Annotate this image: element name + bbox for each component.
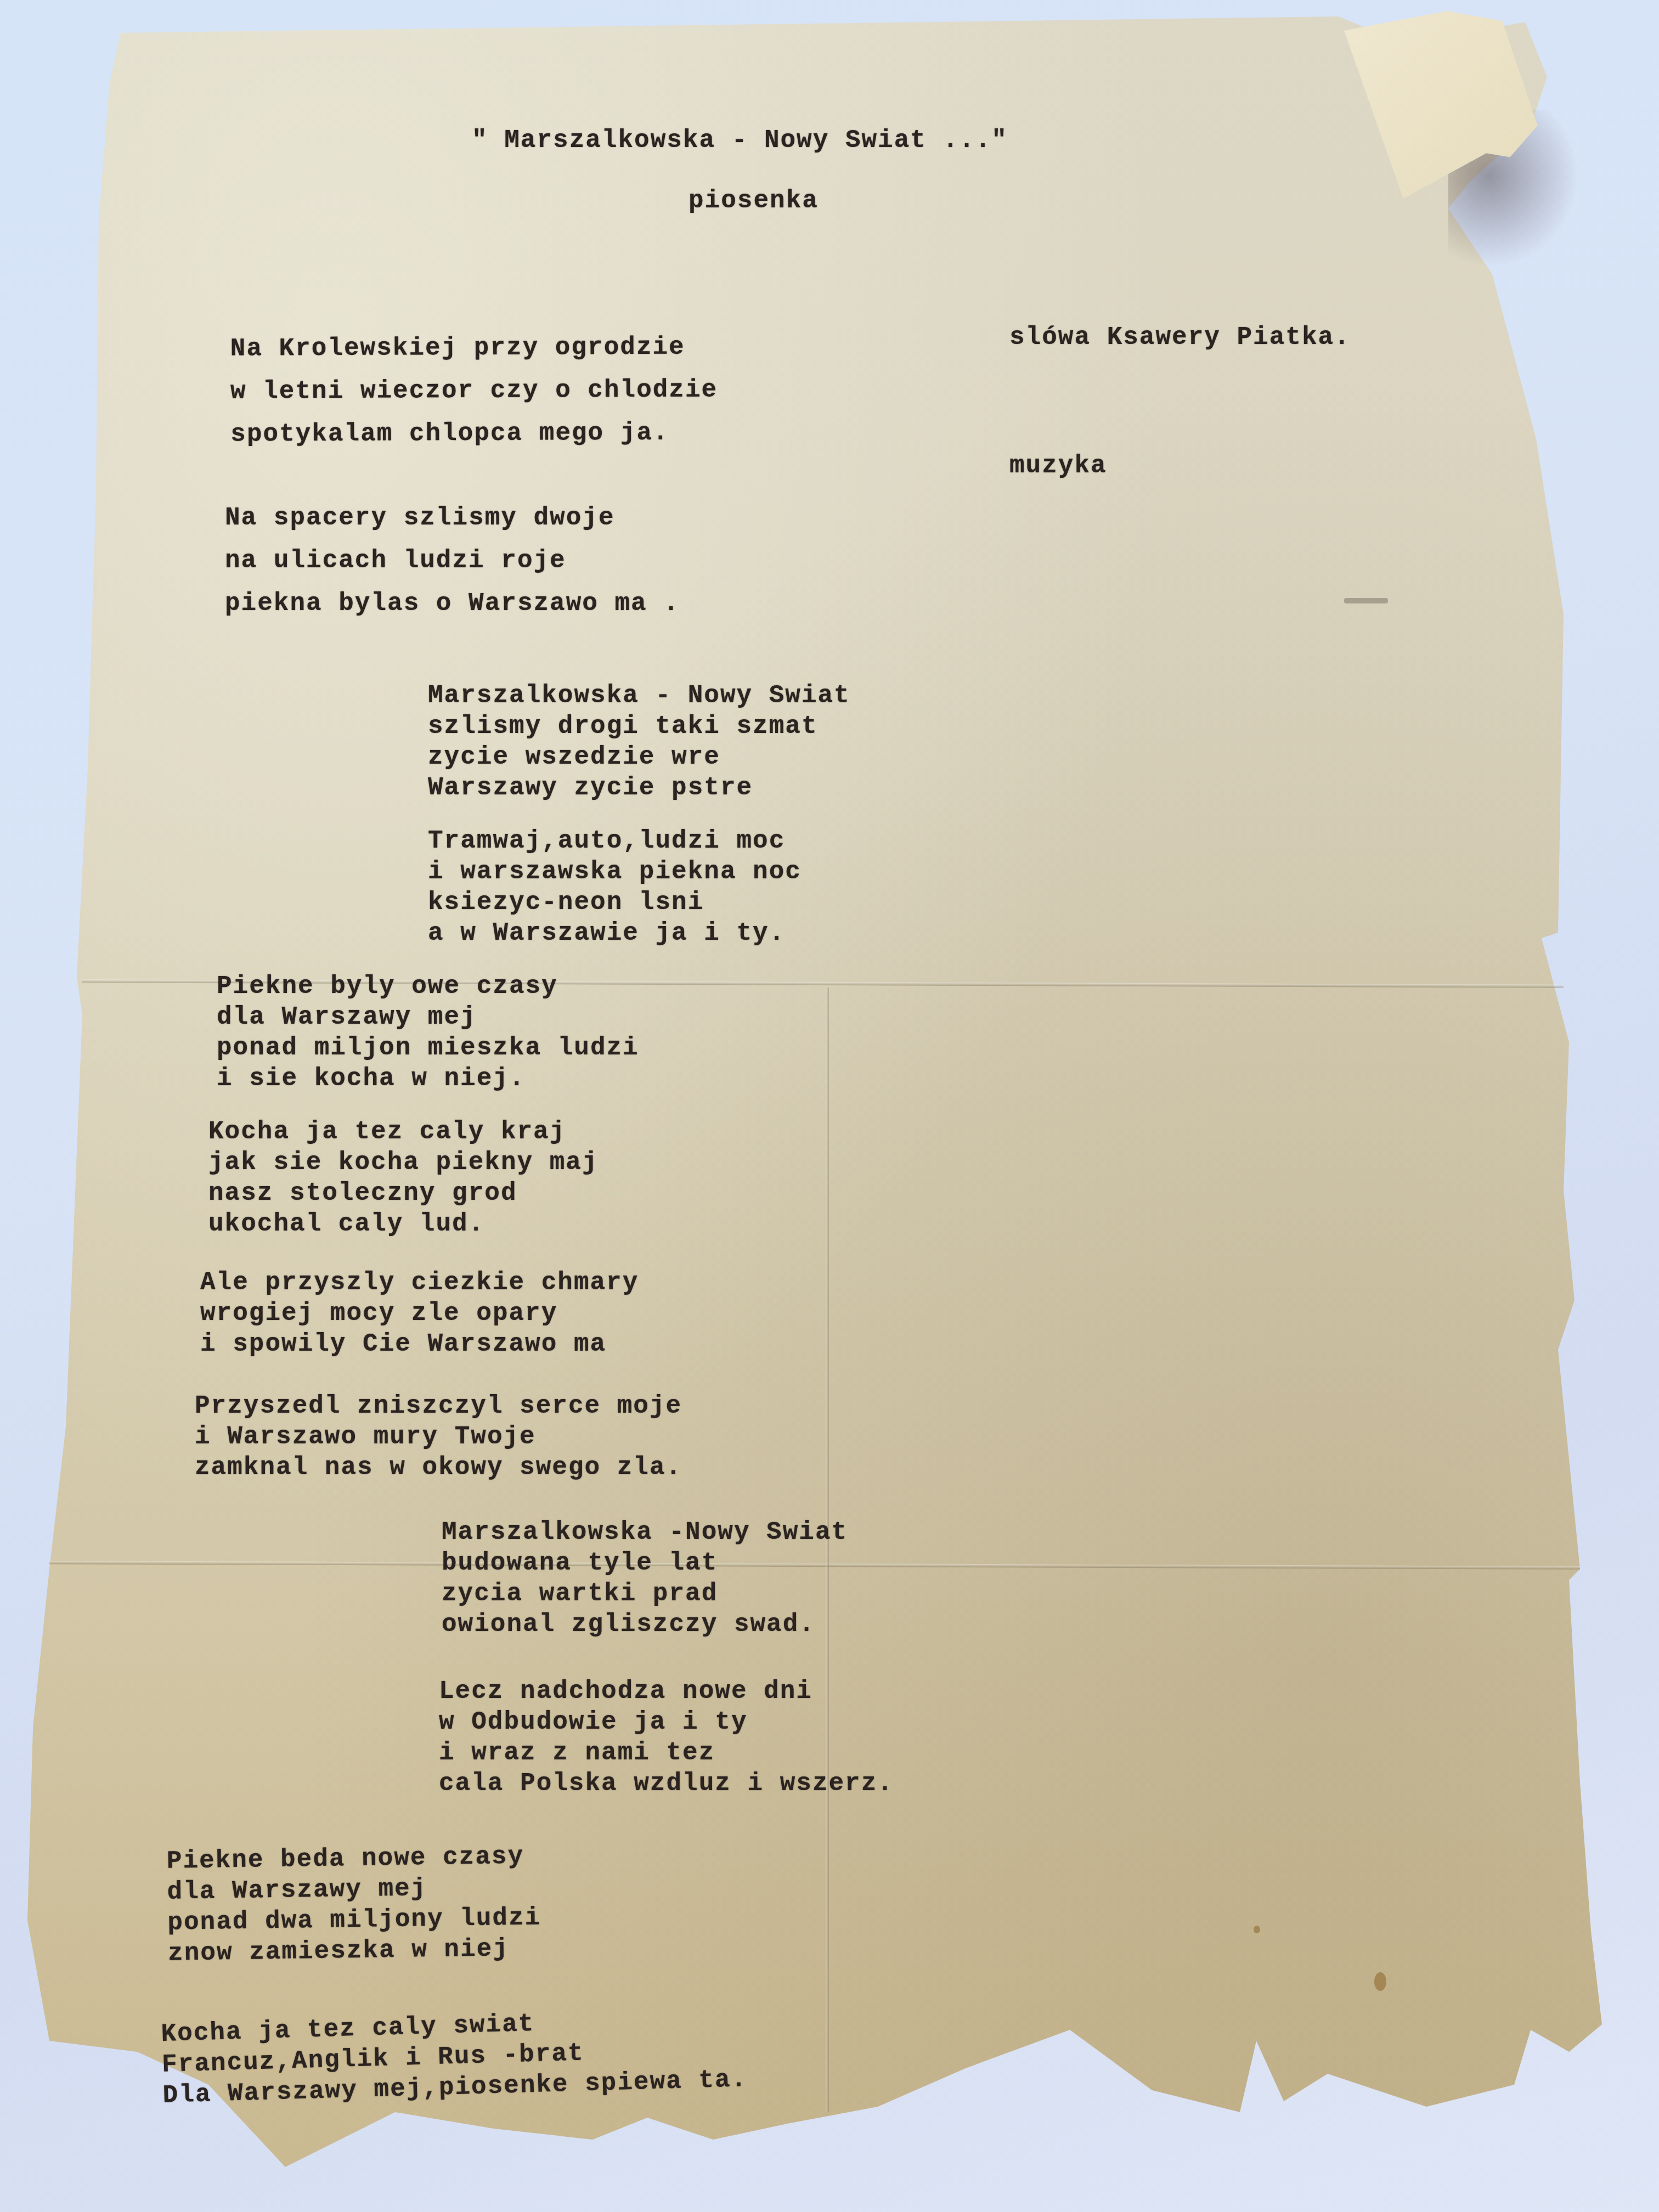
stanza-5: Piekne byly owe czasy dla Warszawy mej p… [217,971,639,1094]
lyric-line: cala Polska wzdluz i wszerz. [439,1768,894,1799]
lyric-line: budowana tyle lat [442,1548,848,1578]
lyric-line: i wraz z nami tez [439,1737,894,1768]
stanza-8: Przyszedl zniszczyl serce moje i Warszaw… [195,1391,682,1483]
lyric-line: w Odbudowie ja i ty [439,1707,894,1737]
lyric-line: Piekne byly owe czasy [217,971,639,1002]
lyric-line: nasz stoleczny grod [208,1178,599,1209]
lyric-line: a w Warszawie ja i ty. [428,918,802,949]
paper-stain [1374,1972,1386,1991]
lyric-line: ukochal caly lud. [208,1209,599,1239]
stanza-10-refrain: Lecz nadchodza nowe dni w Odbudowie ja i… [439,1676,894,1799]
lyric-line: Na spacery szlismy dwoje [225,496,680,539]
lyric-line: szlismy drogi taki szmat [428,711,850,742]
lyric-line: zamknal nas w okowy swego zla. [195,1452,682,1483]
lyric-line: spotykalam chlopca mego ja. [230,411,718,455]
lyric-line: dla Warszawy mej [217,1002,639,1032]
lyric-line: zycie wszedzie wre [428,742,850,772]
stanza-11: Piekne beda nowe czasy dla Warszawy mej … [166,1841,541,1968]
stanza-9-refrain: Marszalkowska -Nowy Swiat budowana tyle … [442,1517,848,1640]
lyric-line: Piekne beda nowe czasy [166,1841,540,1877]
credits: slówa Ksawery Piatka. muzyka [1009,230,1351,530]
lyric-line: Ale przyszly ciezkie chmary [200,1267,639,1298]
lyric-line: jak sie kocha piekny maj [208,1147,599,1178]
lyric-line: ksiezyc-neon lsni [428,887,802,918]
lyric-line: zycia wartki prad [442,1578,848,1609]
stanza-4-refrain: Tramwaj,auto,ludzi moc i warszawska piek… [428,826,802,949]
lyric-line: Przyszedl zniszczyl serce moje [195,1391,682,1421]
credits-words: slówa Ksawery Piatka. [1009,316,1351,359]
lyric-line: piekna bylas o Warszawo ma . [225,582,680,625]
lyric-line: na ulicach ludzi roje [225,539,680,582]
stanza-1: Na Krolewskiej przy ogrodzie w letni wie… [230,325,718,455]
lyric-line: Marszalkowska -Nowy Swiat [442,1517,848,1548]
stanza-3-refrain: Marszalkowska - Nowy Swiat szlismy drogi… [428,680,850,803]
stanza-6: Kocha ja tez caly kraj jak sie kocha pie… [208,1116,599,1239]
song-title: " Marszalkowska - Nowy Swiat ..." [472,126,1008,155]
lyric-line: ponad dwa miljony ludzi [167,1902,541,1938]
lyric-line: dla Warszawy mej [167,1871,541,1908]
stanza-7: Ale przyszly ciezkie chmary wrogiej mocy… [200,1267,639,1359]
lyric-line: Marszalkowska - Nowy Swiat [428,680,850,711]
lyric-line: i sie kocha w niej. [217,1063,639,1094]
stanza-2: Na spacery szlismy dwoje na ulicach ludz… [225,496,680,625]
lyric-line: wrogiej mocy zle opary [200,1298,639,1329]
song-subtitle: piosenka [689,187,819,215]
lyric-line: w letni wieczor czy o chlodzie [230,368,718,413]
lyric-line: ponad miljon mieszka ludzi [217,1032,639,1063]
lyric-line: i Warszawo mury Twoje [195,1421,682,1452]
lyric-line: Lecz nadchodza nowe dni [439,1676,894,1707]
lyric-line: Tramwaj,auto,ludzi moc [428,826,802,856]
paper-stain [1254,1926,1260,1933]
lyric-line: owional zgliszczy swad. [442,1609,848,1640]
lyric-line: i warszawska piekna noc [428,856,802,887]
ink-smudge [1344,598,1388,603]
lyric-line: znow zamieszka w niej [168,1933,542,1969]
lyric-line: Na Krolewskiej przy ogrodzie [230,325,718,370]
lyric-line: i spowily Cie Warszawo ma [200,1329,639,1359]
lyric-line: Warszawy zycie pstre [428,772,850,803]
credits-music: muzyka [1009,444,1351,487]
stanza-12: Kocha ja tez caly swiat Francuz,Anglik i… [161,2002,748,2111]
lyric-line: Kocha ja tez caly kraj [208,1116,599,1147]
